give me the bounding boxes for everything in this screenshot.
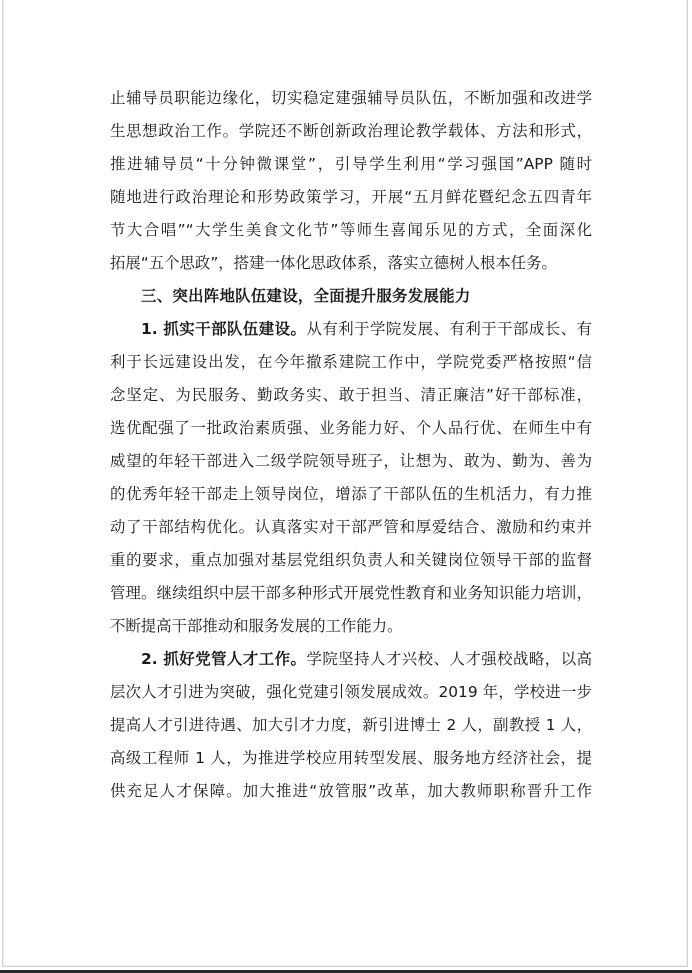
text-line: 止辅导员职能边缘化，切实稳定建强辅导员队伍，不断加强和改进学 — [110, 82, 592, 115]
text-line: 提高人才引进待遇、加大引才力度，新引进博士 2 人，副教授 1 人， — [110, 709, 592, 742]
numbered-item-first-line: 1. 抓实干部队伍建设。从有利于学院发展、有利于干部成长、有 — [110, 313, 592, 346]
item-lead-title: 1. 抓实干部队伍建设。 — [141, 320, 306, 338]
text-line: 威望的年轻干部进入二级学院领导班子，让想为、敢为、勤为、善为 — [110, 445, 592, 478]
text-line: 拓展“五个思政”，搭建一体化思政体系，落实立德树人根本任务。 — [110, 247, 592, 280]
text-line: 利于长远建设出发，在今年撤系建院工作中，学院党委严格按照“信 — [110, 346, 592, 379]
text-line: 选优配强了一批政治素质强、业务能力好、个人品行优、在师生中有 — [110, 412, 592, 445]
item-first-line-text: 学院坚持人才兴校、人才强校战略，以高 — [306, 650, 592, 668]
text-line: 念坚定、为民服务、勤政务实、敢于担当、清正廉洁”好干部标准， — [110, 379, 592, 412]
text-line: 供充足人才保障。加大推进“放管服”改革，加大教师职称晋升工作 — [110, 775, 592, 808]
text-line: 动了干部结构优化。认真落实对干部严管和厚爱结合、激励和约束并 — [110, 511, 592, 544]
item-first-line-text: 从有利于学院发展、有利于干部成长、有 — [306, 320, 592, 338]
text-line: 推进辅导员“十分钟微课堂”，引导学生利用“学习强国”APP 随时 — [110, 148, 592, 181]
text-line: 不断提高干部推动和服务发展的工作能力。 — [110, 610, 592, 643]
numbered-item-first-line: 2. 抓好党管人才工作。学院坚持人才兴校、人才强校战略，以高 — [110, 643, 592, 676]
item-lead-title: 2. 抓好党管人才工作。 — [141, 650, 306, 668]
text-line: 生思想政治工作。学院还不断创新政治理论教学载体、方法和形式， — [110, 115, 592, 148]
text-line: 管理。继续组织中层干部多种形式开展党性教育和业务知识能力培训， — [110, 577, 592, 610]
text-line: 节大合唱”“大学生美食文化节”等师生喜闻乐见的方式，全面深化 — [110, 214, 592, 247]
text-line: 重的要求，重点加强对基层党组织负责人和关键岗位领导干部的监督 — [110, 544, 592, 577]
document-body: 止辅导员职能边缘化，切实稳定建强辅导员队伍，不断加强和改进学 生思想政治工作。学… — [110, 82, 592, 808]
text-line: 随地进行政治理论和形势政策学习，开展“五月鲜花暨纪念五四青年 — [110, 181, 592, 214]
text-line: 层次人才引进为突破，强化党建引领发展成效。2019 年，学校进一步 — [110, 676, 592, 709]
text-line: 的优秀年轻干部走上领导岗位，增添了干部队伍的生机活力，有力推 — [110, 478, 592, 511]
section-heading: 三、突出阵地队伍建设，全面提升服务发展能力 — [110, 280, 592, 313]
document-page: 止辅导员职能边缘化，切实稳定建强辅导员队伍，不断加强和改进学 生思想政治工作。学… — [2, 0, 688, 967]
text-line: 高级工程师 1 人，为推进学校应用转型发展、服务地方经济社会，提 — [110, 742, 592, 775]
